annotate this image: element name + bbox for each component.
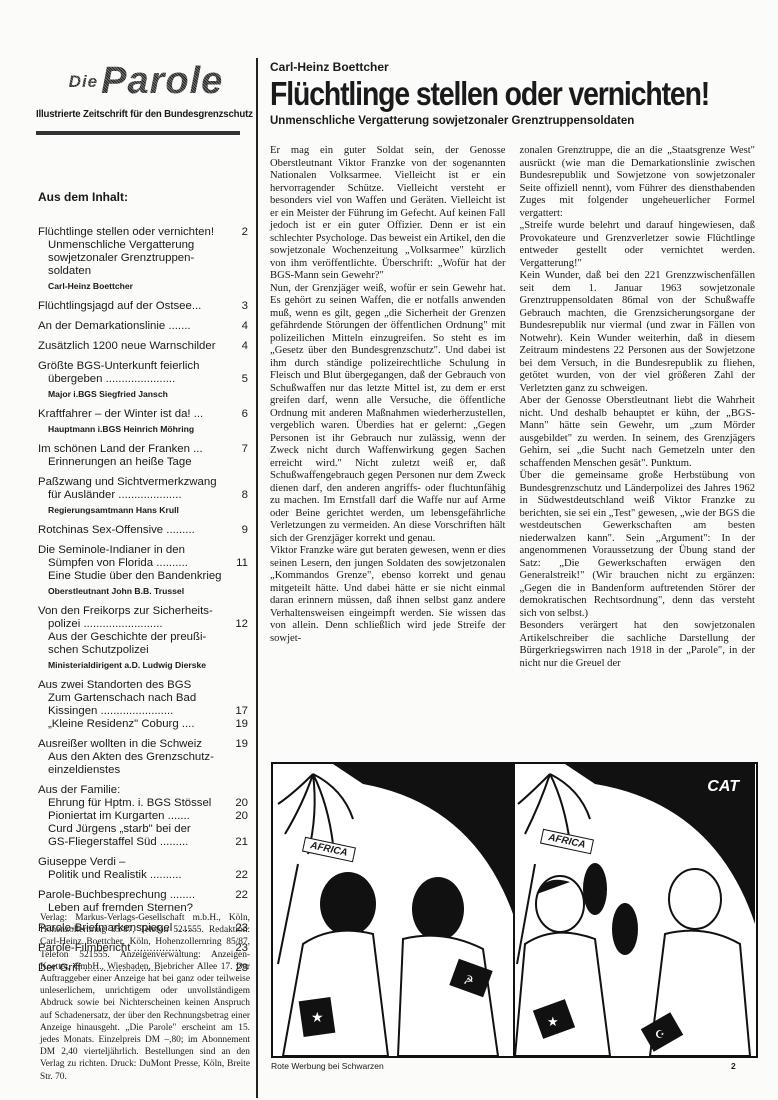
toc-line: Politik und Realistik ..........22: [38, 869, 248, 882]
toc-line: Pioniertat im Kurgarten .......20: [38, 810, 248, 823]
toc-entry: Giuseppe Verdi –Politik und Realistik ..…: [38, 856, 248, 882]
article-column-2: zonalen Grenztruppe, die an die „Staatsg…: [520, 145, 756, 670]
toc-line-title: für Ausländer ....................: [48, 489, 230, 502]
toc-line: Zusätzlich 1200 neue Warnschilder4: [38, 340, 248, 353]
toc-title: Aus dem Inhalt:: [38, 190, 248, 204]
toc-line-title: Zum Gartenschach nach Bad: [48, 692, 230, 705]
toc-page-number: 19: [230, 718, 248, 731]
article-column-1: Er mag ein guter Soldat sein, der Genoss…: [270, 145, 506, 670]
byline: Carl-Heinz Boettcher: [270, 60, 755, 74]
table-of-contents: Aus dem Inhalt: Flüchtlinge stellen oder…: [38, 190, 248, 982]
toc-subtitle: soldaten: [38, 265, 248, 278]
toc-page-number: 3: [230, 300, 248, 313]
toc-subtitle: einzeldienstes: [38, 764, 248, 777]
toc-subtitle: Aus der Geschichte der preußi-: [38, 631, 248, 644]
toc-subtitle: Eine Studie über den Bandenkrieg: [38, 570, 248, 583]
toc-line: Parole-Buchbesprechung ........22: [38, 889, 248, 902]
toc-line-title: Sümpfen von Florida ..........: [48, 557, 230, 570]
toc-entry: Kraftfahrer – der Winter ist da! ...6Hau…: [38, 408, 248, 436]
paragraph: Viktor Franzke wäre gut beraten gewesen,…: [270, 545, 506, 645]
toc-line-title: Ehrung für Hptm. i. BGS Stössel: [48, 797, 230, 810]
toc-entry: Ausreißer wollten in die Schweiz19Aus de…: [38, 738, 248, 777]
svg-text:★: ★: [547, 1015, 559, 1030]
toc-line: GS-Fliegerstaffel Süd .........21: [38, 836, 248, 849]
toc-line-title: Ausreißer wollten in die Schweiz: [38, 738, 230, 751]
toc-line-title: Aus zwei Standorten des BGS: [38, 679, 230, 692]
logo-parole: Parole: [101, 60, 223, 102]
toc-line-title: „Kleine Residenz" Coburg ....: [48, 718, 230, 731]
toc-page-number: 5: [230, 373, 248, 386]
toc-line-title: Giuseppe Verdi –: [38, 856, 230, 869]
toc-line: Kraftfahrer – der Winter ist da! ...6: [38, 408, 248, 421]
toc-line: für Ausländer ....................8: [38, 489, 248, 502]
masthead: DieParole Illustrierte Zeitschrift für d…: [36, 62, 256, 135]
toc-line-title: An der Demarkationslinie .......: [38, 320, 230, 333]
svg-text:★: ★: [311, 1010, 324, 1026]
toc-line: An der Demarkationslinie .......4: [38, 320, 248, 333]
toc-page-number: 21: [230, 836, 248, 849]
article-header: Carl-Heinz Boettcher Flüchtlinge stellen…: [270, 60, 755, 127]
toc-line-title: Rotchinas Sex-Offensive .........: [38, 524, 230, 537]
toc-line-title: Kissingen .......................: [48, 705, 230, 718]
toc-line-title: Flüchtlingsjagd auf der Ostsee...: [38, 300, 230, 313]
toc-line-title: polizei .........................: [48, 618, 230, 631]
svg-text:☭: ☭: [463, 973, 474, 987]
toc-page-number: 6: [230, 408, 248, 421]
cartoonist-signature: CAT: [707, 778, 739, 796]
toc-author: Carl-Heinz Boettcher: [38, 280, 248, 293]
toc-author: Hauptmann i.BGS Heinrich Möhring: [38, 423, 248, 436]
toc-line: Kissingen .......................17: [38, 705, 248, 718]
toc-page-number: 20: [230, 797, 248, 810]
cartoon-illustration: ★ ☭ AFRICA ★: [271, 762, 758, 1058]
toc-line: Curd Jürgens „starb" bei der: [38, 823, 248, 836]
paragraph: „Streife wurde belehrt und darauf hingew…: [520, 220, 756, 270]
toc-line: Giuseppe Verdi –: [38, 856, 248, 869]
toc-line: Aus der Familie:: [38, 784, 248, 797]
toc-line-title: Flüchtlinge stellen oder vernichten!: [38, 226, 230, 239]
paragraph: Aber der Genosse Oberstleutnant liebt di…: [520, 395, 756, 470]
toc-line: „Kleine Residenz" Coburg ....19: [38, 718, 248, 731]
toc-line-title: Pioniertat im Kurgarten .......: [48, 810, 230, 823]
toc-author: Ministerialdirigent a.D. Ludwig Dierske: [38, 659, 248, 672]
toc-line: Rotchinas Sex-Offensive .........9: [38, 524, 248, 537]
paragraph: Über die gemeinsame große Herbstübung vo…: [520, 470, 756, 620]
toc-author: Regierungsamtmann Hans Krull: [38, 504, 248, 517]
toc-line-title: Größte BGS-Unterkunft feierlich: [38, 360, 230, 373]
toc-page-number: 22: [230, 869, 248, 882]
toc-entry: Im schönen Land der Franken ...7Erinneru…: [38, 443, 248, 469]
toc-line-title: Zusätzlich 1200 neue Warnschilder: [38, 340, 230, 353]
cartoon-panel-left: ★ ☭ AFRICA: [273, 764, 515, 1056]
toc-author: Oberstleutnant John B.B. Trussel: [38, 585, 248, 598]
toc-line: Paßzwang und Sichtvermerkzwang: [38, 476, 248, 489]
toc-line: Im schönen Land der Franken ...7: [38, 443, 248, 456]
toc-entry: Größte BGS-Unterkunft feierlichübergeben…: [38, 360, 248, 401]
headline: Flüchtlinge stellen oder vernichten!: [270, 76, 687, 112]
toc-line-title: Im schönen Land der Franken ...: [38, 443, 230, 456]
toc-entry: Aus der Familie:Ehrung für Hptm. i. BGS …: [38, 784, 248, 849]
toc-line: Von den Freikorps zur Sicherheits-: [38, 605, 248, 618]
toc-subtitle: Unmenschliche Vergatterung: [38, 239, 248, 252]
page-number: 2: [731, 1061, 736, 1071]
toc-subtitle: Erinnerungen an heiße Tage: [38, 456, 248, 469]
toc-page-number: 9: [230, 524, 248, 537]
toc-line: Flüchtlingsjagd auf der Ostsee...3: [38, 300, 248, 313]
toc-page-number: 4: [230, 320, 248, 333]
toc-line-title: Die Seminole-Indianer in den: [38, 544, 230, 557]
toc-author: Major i.BGS Siegfried Jansch: [38, 388, 248, 401]
article-body: Er mag ein guter Soldat sein, der Genoss…: [270, 145, 755, 670]
toc-line-title: Curd Jürgens „starb" bei der: [48, 823, 230, 836]
toc-page-number: 4: [230, 340, 248, 353]
magazine-page: DieParole Illustrierte Zeitschrift für d…: [0, 0, 778, 1100]
cartoon-left-drawing: ★ ☭: [273, 764, 513, 1056]
toc-page-number: 2: [230, 226, 248, 239]
toc-entry: Aus zwei Standorten des BGSZum Gartensch…: [38, 679, 248, 731]
paragraph: Kein Wunder, daß bei den 221 Grenzzwisch…: [520, 270, 756, 395]
toc-line: Flüchtlinge stellen oder vernichten!2: [38, 226, 248, 239]
svg-text:☪: ☪: [655, 1028, 665, 1041]
toc-line-title: GS-Fliegerstaffel Süd .........: [48, 836, 230, 849]
toc-line-title: Aus der Familie:: [38, 784, 230, 797]
toc-line: Aus zwei Standorten des BGS: [38, 679, 248, 692]
toc-entry: An der Demarkationslinie .......4: [38, 320, 248, 333]
toc-page-number: 12: [230, 618, 248, 631]
toc-subtitle: Aus den Akten des Grenzschutz-: [38, 751, 248, 764]
toc-entry: Rotchinas Sex-Offensive .........9: [38, 524, 248, 537]
toc-entry: Von den Freikorps zur Sicherheits-polize…: [38, 605, 248, 672]
toc-page-number: 20: [230, 810, 248, 823]
toc-line: polizei .........................12: [38, 618, 248, 631]
toc-subtitle: sowjetzonaler Grenztruppen-: [38, 252, 248, 265]
paragraph: zonalen Grenztruppe, die an die „Staatsg…: [520, 145, 756, 220]
toc-line-title: übergeben ......................: [48, 373, 230, 386]
toc-page-number: 11: [230, 557, 248, 570]
toc-list: Flüchtlinge stellen oder vernichten!2Unm…: [38, 226, 248, 975]
toc-line: Zum Gartenschach nach Bad: [38, 692, 248, 705]
toc-line: Größte BGS-Unterkunft feierlich: [38, 360, 248, 373]
toc-page-number: 22: [230, 889, 248, 902]
toc-page-number: 17: [230, 705, 248, 718]
toc-line-title: Parole-Buchbesprechung ........: [38, 889, 230, 902]
toc-line: übergeben ......................5: [38, 373, 248, 386]
toc-line: Ausreißer wollten in die Schweiz19: [38, 738, 248, 751]
toc-line-title: Kraftfahrer – der Winter ist da! ...: [38, 408, 230, 421]
subheadline: Unmenschliche Vergatterung sowjetzonaler…: [270, 115, 755, 127]
column-divider: [256, 58, 258, 1098]
toc-page-number: 19: [230, 738, 248, 751]
logo: DieParole: [36, 62, 256, 100]
toc-line: Die Seminole-Indianer in den: [38, 544, 248, 557]
toc-line-title: Paßzwang und Sichtvermerkzwang: [38, 476, 230, 489]
cartoon-caption: Rote Werbung bei Schwarzen: [271, 1061, 384, 1071]
toc-line-title: Politik und Realistik ..........: [48, 869, 230, 882]
cartoon-right-drawing: ★ ☪: [515, 764, 755, 1056]
toc-page-number: 8: [230, 489, 248, 502]
cartoon-panel-right: ★ ☪ AFRICA CAT: [515, 764, 755, 1056]
toc-entry: Paßzwang und Sichtvermerkzwangfür Auslän…: [38, 476, 248, 517]
toc-subtitle: schen Schutzpolizei: [38, 644, 248, 657]
paragraph: Er mag ein guter Soldat sein, der Genoss…: [270, 145, 506, 283]
toc-entry: Zusätzlich 1200 neue Warnschilder4: [38, 340, 248, 353]
toc-page-number: 7: [230, 443, 248, 456]
toc-entry: Flüchtlingsjagd auf der Ostsee...3: [38, 300, 248, 313]
toc-line-title: Von den Freikorps zur Sicherheits-: [38, 605, 230, 618]
tagline: Illustrierte Zeitschrift für den Bundesg…: [36, 108, 238, 120]
paragraph: Besonders verärgert hat den sowjetzonale…: [520, 620, 756, 670]
paragraph: Nun, der Grenzjäger weiß, wofür er sein …: [270, 283, 506, 546]
toc-line: Ehrung für Hptm. i. BGS Stössel20: [38, 797, 248, 810]
toc-entry: Die Seminole-Indianer in denSümpfen von …: [38, 544, 248, 598]
logo-die: Die: [69, 72, 98, 91]
masthead-rule: [36, 131, 240, 135]
imprint: Verlag: Markus-Verlags-Gesellschaft m.b.…: [40, 912, 250, 1083]
toc-entry: Flüchtlinge stellen oder vernichten!2Unm…: [38, 226, 248, 293]
toc-line: Sümpfen von Florida ..........11: [38, 557, 248, 570]
